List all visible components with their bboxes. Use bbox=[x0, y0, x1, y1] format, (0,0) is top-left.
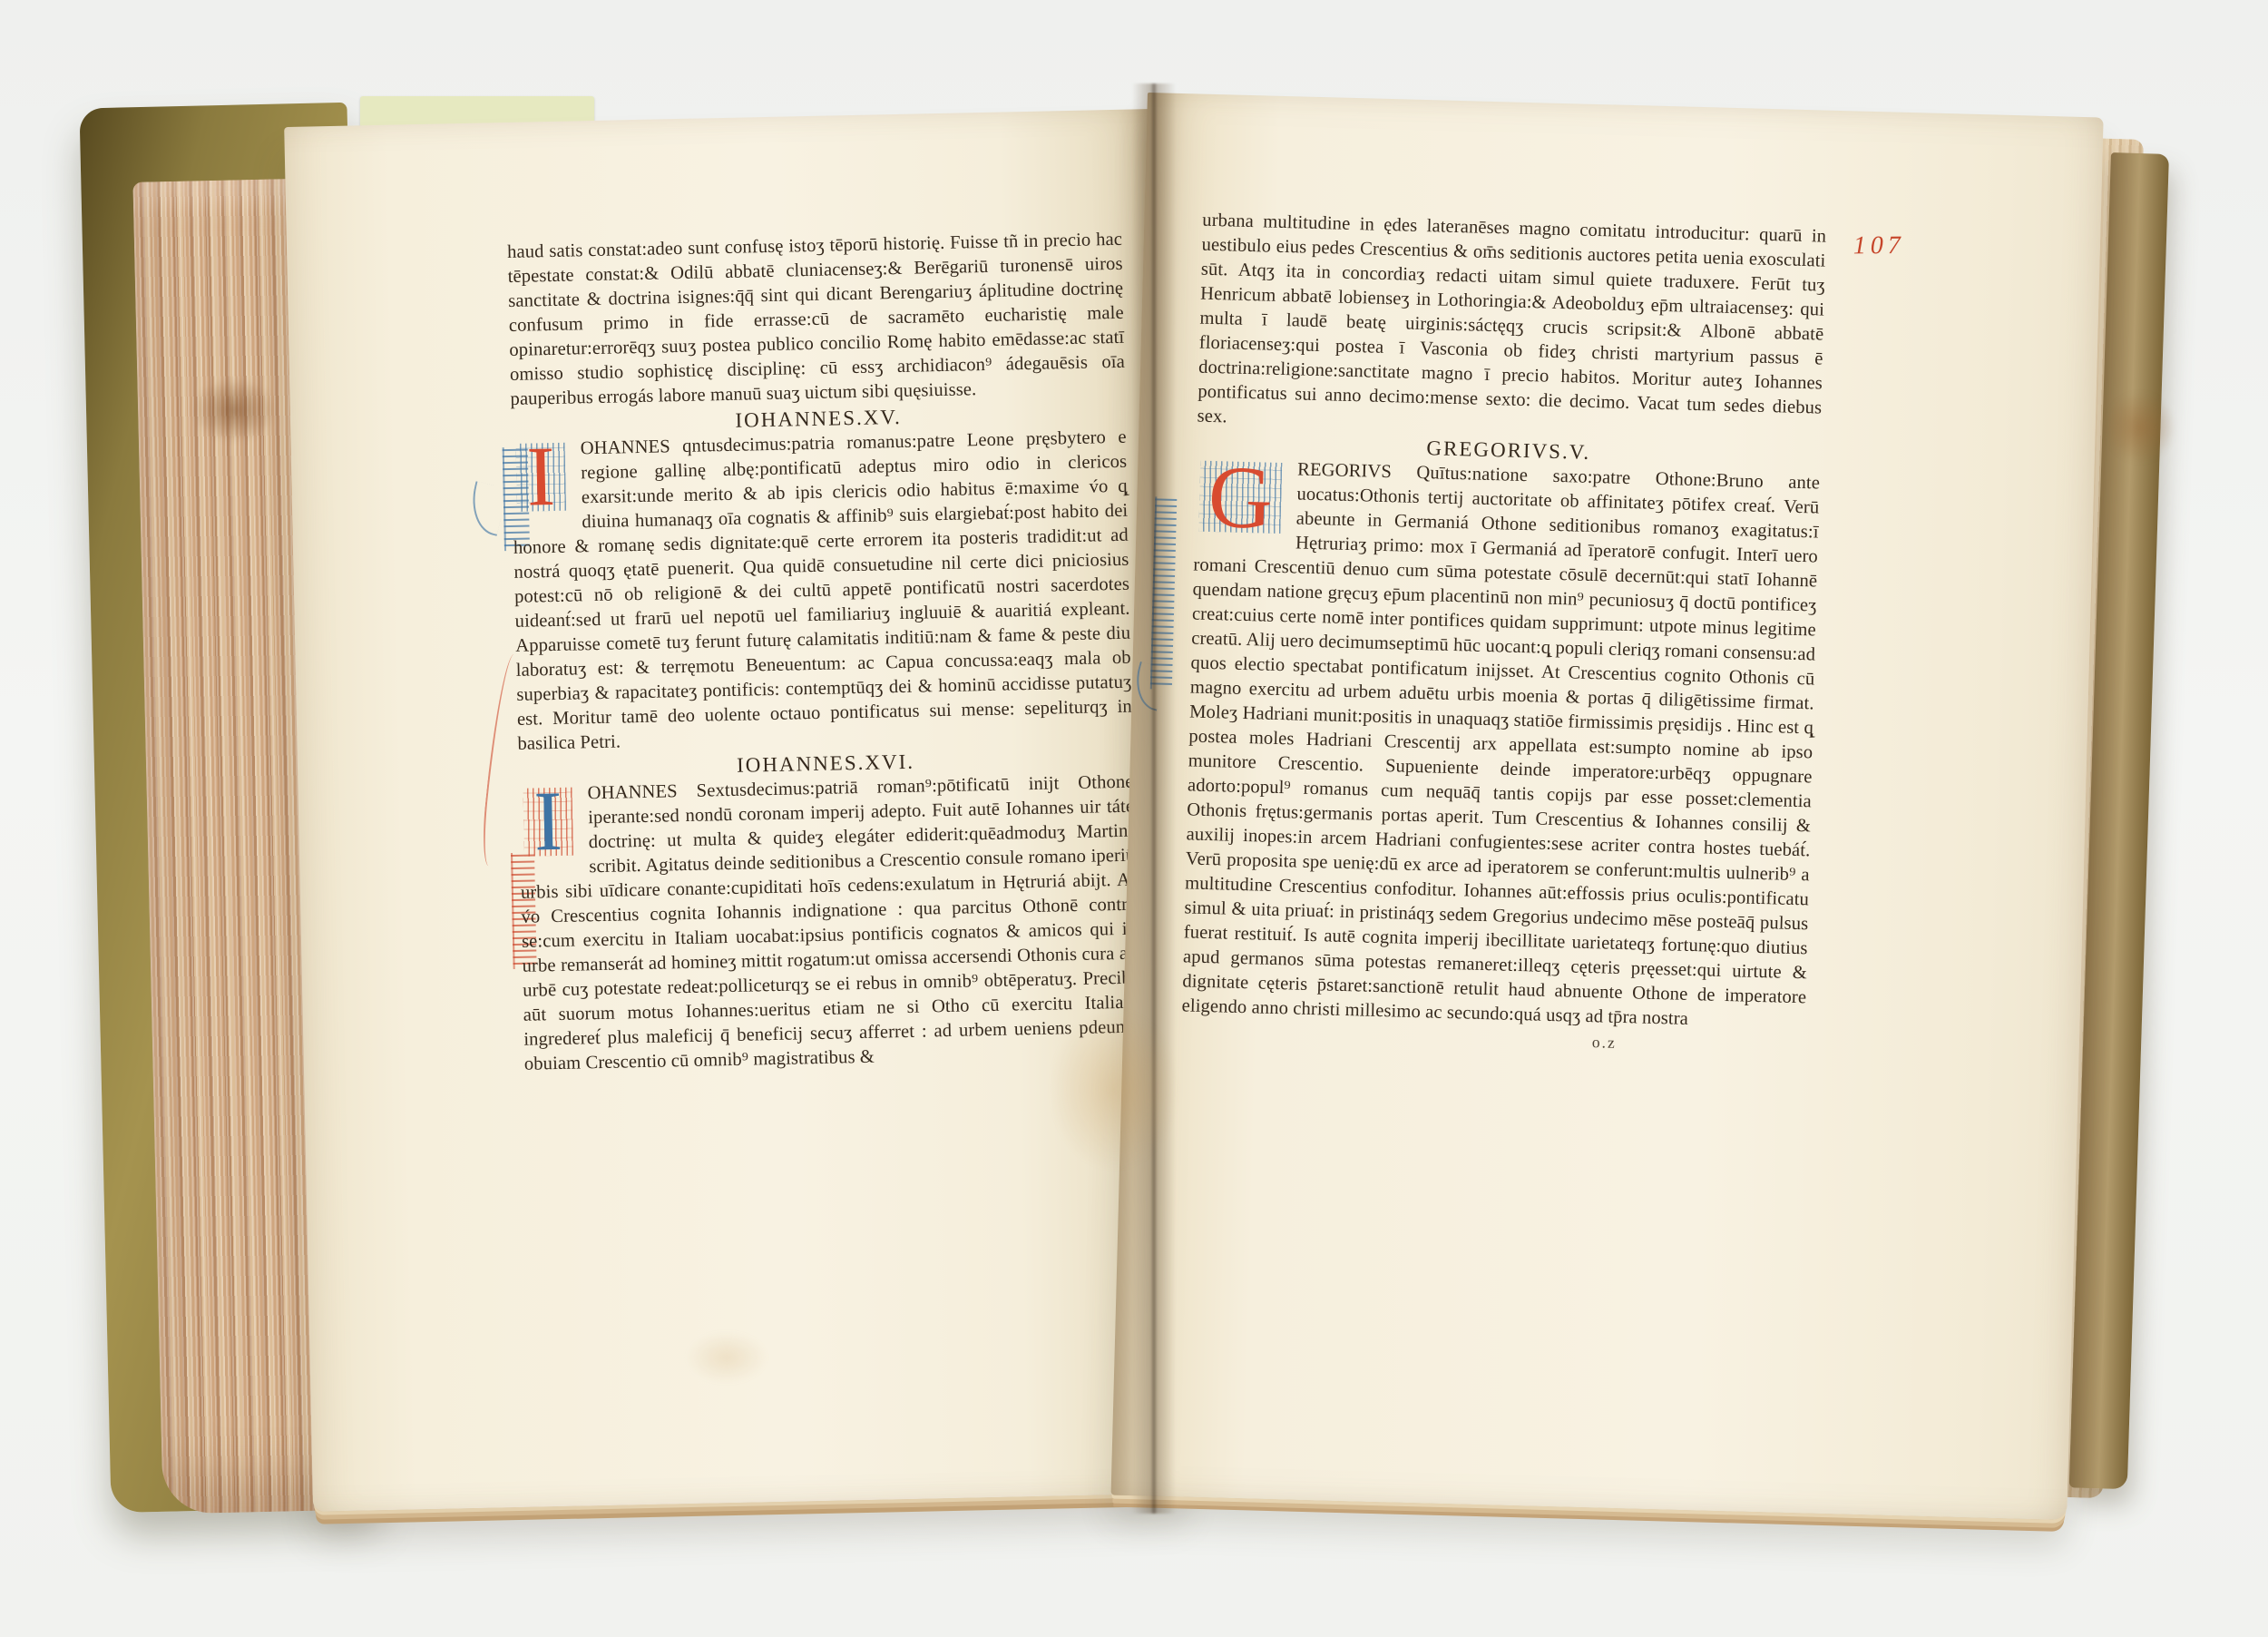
paragraph-iohannes-xvi: IOHANNES Sextusdecimus:patriā roman⁹:pōt… bbox=[518, 770, 1139, 1077]
penwork-flourish bbox=[1150, 496, 1178, 690]
initial-letter: I bbox=[512, 440, 572, 515]
photo-background: haud satis constat:adeo sunt confusę ist… bbox=[0, 0, 2268, 1637]
illuminated-initial-i-red: I bbox=[512, 440, 572, 515]
illuminated-initial-i-blue: I bbox=[518, 785, 578, 859]
paragraph-text: OHANNES qntusdecimus:patria romanus:patr… bbox=[513, 427, 1132, 754]
illuminated-initial-g-red: G bbox=[1194, 458, 1286, 537]
left-page: haud satis constat:adeo sunt confusę ist… bbox=[284, 109, 1184, 1512]
folio-number: 107 bbox=[1853, 231, 1905, 260]
penwork-flourish bbox=[465, 481, 508, 536]
paragraph-iohannes-xv: IOHANNES qntusdecimus:patria romanus:pat… bbox=[511, 426, 1132, 757]
paragraph-gregorius-v: GREGORIVS Quītus:natione saxo:patre Otho… bbox=[1181, 456, 1820, 1035]
left-text-block: haud satis constat:adeo sunt confusę ist… bbox=[507, 228, 1139, 1077]
initial-letter: I bbox=[518, 785, 578, 859]
right-text-block: urbana multitudine in ędes lateranēses m… bbox=[1181, 209, 1827, 1061]
paragraph-intro: haud satis constat:adeo sunt confusę ist… bbox=[507, 228, 1126, 412]
penwork-flourish bbox=[1129, 662, 1168, 711]
paragraph-text: REGORIVS Quītus:natione saxo:patre Othon… bbox=[1181, 459, 1820, 1028]
paragraph-continuation: urbana multitudine in ędes lateranēses m… bbox=[1197, 209, 1826, 446]
open-book: haud satis constat:adeo sunt confusę ist… bbox=[95, 73, 2182, 1524]
right-page: 107 urbana multitudine in ędes lateranēs… bbox=[1111, 93, 2104, 1520]
paragraph-text: OHANNES Sextusdecimus:patriā roman⁹:pōti… bbox=[521, 772, 1139, 1074]
initial-letter: G bbox=[1194, 458, 1286, 537]
